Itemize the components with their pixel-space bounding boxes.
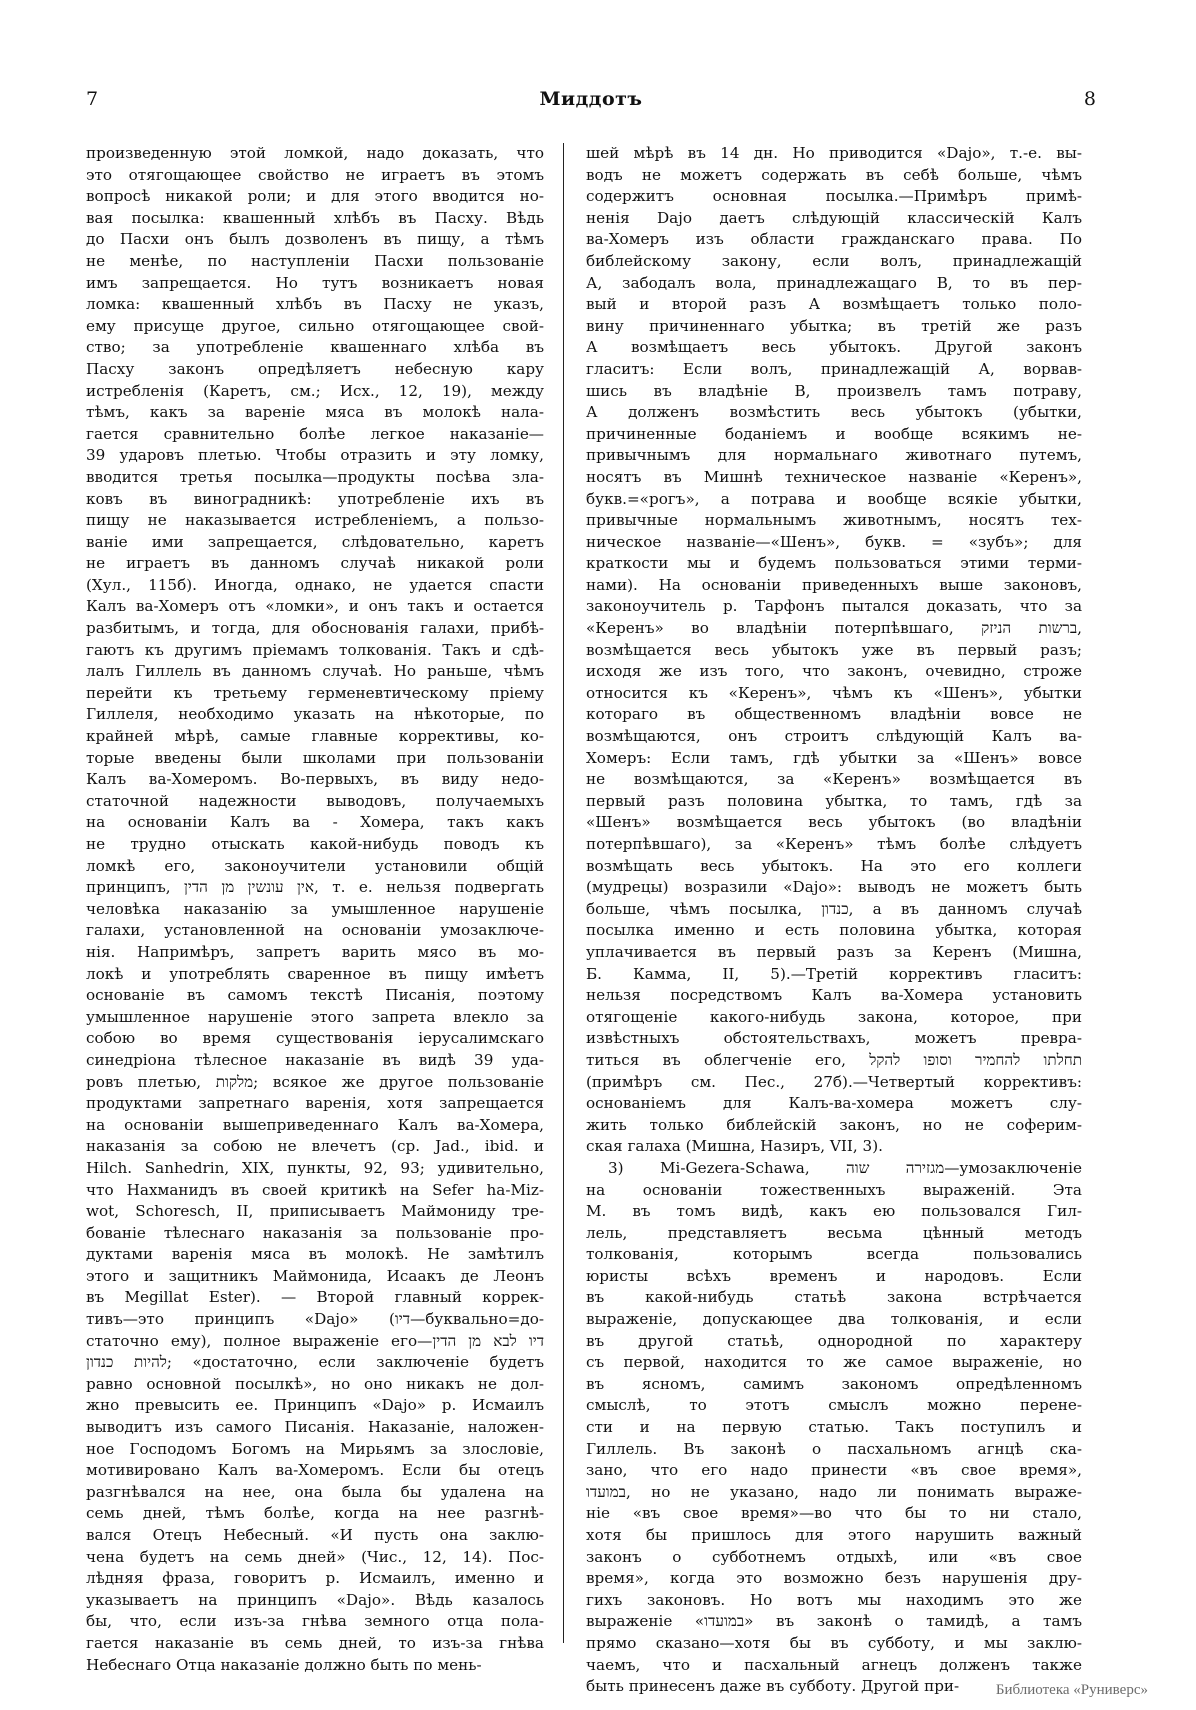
text-line: носятъ въ Мишнѣ техническое названіе «Ке… xyxy=(586,467,1082,489)
text-line: «Керенъ» во владѣніи потерпѣвшаго, ברשות… xyxy=(586,618,1082,640)
text-line: вину причиненнаго убытка; въ третій же р… xyxy=(586,316,1082,338)
text-line: крайней мѣрѣ, самые главные коррективы, … xyxy=(86,726,544,748)
text-line: зано, что его надо принести «въ свое вре… xyxy=(586,1460,1082,1482)
text-line: причиненные боданіемъ и вообще всякимъ н… xyxy=(586,424,1082,446)
text-line: котораго въ общественномъ владѣніи вовсе… xyxy=(586,704,1082,726)
text-line: перейти къ третьему герменевтическому пр… xyxy=(86,683,544,705)
text-line: лалъ Гиллель въ данномъ случаѣ. Но раньш… xyxy=(86,661,544,683)
text-line: гаютъ къ другимъ пріемамъ толкованія. Та… xyxy=(86,640,544,662)
text-line: относится къ «Керенъ», чѣмъ къ «Шенъ», у… xyxy=(586,683,1082,705)
text-line: ніе «въ свое время»—во что бы то ни стал… xyxy=(586,1503,1082,1525)
text-line: возмѣщать весь убытокъ. На это его колле… xyxy=(586,856,1082,878)
text-line: потерпѣвшаго), за «Керенъ» тѣмъ болѣе сл… xyxy=(586,834,1082,856)
text-line: не трудно отыскать какой-нибудь поводъ к… xyxy=(86,834,544,856)
text-line: первый разъ половина убытка, то тамъ, гд… xyxy=(586,791,1082,813)
text-line: М. въ томъ видѣ, какъ ею пользовался Гил… xyxy=(586,1201,1082,1223)
text-line: (мудрецы) возразили «Dajo»: выводъ не мо… xyxy=(586,877,1082,899)
text-line: посылка именно и есть половина убытка, к… xyxy=(586,920,1082,942)
text-line: выраженіе «במועדו» въ законѣ о тамидѣ, а… xyxy=(586,1611,1082,1633)
text-line: ломка: квашенный хлѣбъ въ Пасху не указъ… xyxy=(86,294,544,316)
text-line: гласитъ: Если волъ, принадлежащій А, вор… xyxy=(586,359,1082,381)
text-line: (примѣръ см. Пес., 27б).—Четвертый корре… xyxy=(586,1072,1082,1094)
text-line: ровъ плетью, מלקות; всякое же другое пол… xyxy=(86,1072,544,1094)
text-line: Гиллеля, необходимо указать на нѣкоторые… xyxy=(86,704,544,726)
text-line: ное Господомъ Богомъ на Мирьямъ за злосл… xyxy=(86,1439,544,1461)
text-line: ненія Dajo даетъ слѣдующій классическій … xyxy=(586,208,1082,230)
text-line: букв.=«рогъ», а потрава и вообще всякіе … xyxy=(586,489,1082,511)
text-line: прямо сказано—хотя бы въ субботу, и мы з… xyxy=(586,1633,1082,1655)
text-line: содержитъ основная посылка.—Примѣръ прим… xyxy=(586,186,1082,208)
text-line: выводитъ изъ самого Писанія. Наказаніе, … xyxy=(86,1417,544,1439)
text-line: отягощеніе какого-нибудь закона, которое… xyxy=(586,1007,1082,1029)
text-line: тивъ—это принципъ «Dajo» (דיו—буквально=… xyxy=(86,1309,544,1331)
text-line: ство; за употребленіе квашеннаго хлѣба в… xyxy=(86,337,544,359)
text-line: локѣ и употреблять сваренное въ пищу имѣ… xyxy=(86,964,544,986)
text-line: вался Отецъ Небесный. «И пусть она заклю… xyxy=(86,1525,544,1547)
text-line: время», когда это возможно безъ нарушені… xyxy=(586,1568,1082,1590)
text-line: въ Megillat Ester). — Второй главный кор… xyxy=(86,1287,544,1309)
text-line: ваніе ими запрещается, слѣдовательно, ка… xyxy=(86,532,544,554)
text-line: титься въ облегченіе его, תחלתו להחמיר ו… xyxy=(586,1050,1082,1072)
text-line: להיות כנדון; «достаточно, если заключені… xyxy=(86,1352,544,1374)
text-line: Калъ ва-Хомеромъ. Во-первыхъ, въ виду не… xyxy=(86,769,544,791)
text-line: статочно ему), полное выраженіе его—דיו … xyxy=(86,1331,544,1353)
text-line: больше, чѣмъ посылка, כנדון, а въ данном… xyxy=(586,899,1082,921)
text-line: мотивировано Калъ ва-Хомеромъ. Если бы о… xyxy=(86,1460,544,1482)
text-line: произведенную этой ломкой, надо доказать… xyxy=(86,143,544,165)
text-line: разгнѣвался на нее, она была бы удалена … xyxy=(86,1482,544,1504)
text-line: разбитымъ, и тогда, для обоснованія гала… xyxy=(86,618,544,640)
text-line: А, забодалъ вола, принадлежащаго В, то в… xyxy=(586,273,1082,295)
text-line: синедріона тѣлесное наказаніе въ видѣ 39… xyxy=(86,1050,544,1072)
text-line: принципъ, אין עונשין מן הדין, т. е. нель… xyxy=(86,877,544,899)
text-line: нія. Напримѣръ, запретъ варить мясо въ м… xyxy=(86,942,544,964)
text-line: Калъ ва-Хомеръ отъ «ломки», и онъ такъ и… xyxy=(86,596,544,618)
text-line: шей мѣрѣ въ 14 дн. Но приводится «Dajo»,… xyxy=(586,143,1082,165)
text-line: исходя же изъ того, что законъ, очевидно… xyxy=(586,661,1082,683)
text-line: не играетъ въ данномъ случаѣ никакой рол… xyxy=(86,553,544,575)
text-line: вая посылка: квашенный хлѣбъ въ Пасху. В… xyxy=(86,208,544,230)
text-line: извѣстныхъ обстоятельствахъ, можетъ прев… xyxy=(586,1028,1082,1050)
text-line: истребленія (Каретъ, см.; Исх., 12, 19),… xyxy=(86,381,544,403)
text-line: не менѣе, по наступленіи Пасхи пользован… xyxy=(86,251,544,273)
text-line: на основаніи тожественныхъ выраженій. Эт… xyxy=(586,1180,1082,1202)
text-line: привычнымъ для нормальнаго животнаго пут… xyxy=(586,445,1082,467)
text-line: выраженіе, допускающее два толкованія, и… xyxy=(586,1309,1082,1331)
text-line: тѣмъ, какъ за вареніе мяса въ молокѣ нал… xyxy=(86,402,544,424)
text-line: продуктами запретнаго варенія, хотя запр… xyxy=(86,1093,544,1115)
page-number-right: 8 xyxy=(1084,88,1096,110)
text-line: основаніе въ самомъ текстѣ Писанія, поэт… xyxy=(86,985,544,1007)
text-line: дуктами варенія мяса въ молокѣ. Не замѣт… xyxy=(86,1244,544,1266)
text-line: гается наказаніе въ семь дней, то изъ-за… xyxy=(86,1633,544,1655)
text-line: толкованія, которымъ всегда пользовались xyxy=(586,1244,1082,1266)
text-line: Б. Камма, II, 5).—Третій коррективъ глас… xyxy=(586,964,1082,986)
text-line: жить только библейскій законъ, но не соф… xyxy=(586,1115,1082,1137)
text-line: на основаніи Калъ ва - Хомера, такъ какъ xyxy=(86,812,544,834)
text-line: чаемъ, что и пасхальный агнецъ долженъ т… xyxy=(586,1655,1082,1677)
text-line: Пасху законъ опредѣляетъ небесную кару xyxy=(86,359,544,381)
text-line: съ первой, находится то же самое выражен… xyxy=(586,1352,1082,1374)
text-line: А возмѣщаетъ весь убытокъ. Другой законъ xyxy=(586,337,1082,359)
text-line: шись въ владѣніе В, произвелъ тамъ потра… xyxy=(586,381,1082,403)
text-line: статочной надежности выводовъ, получаемы… xyxy=(86,791,544,813)
text-line: въ ясномъ, самимъ закономъ опредѣленномъ xyxy=(586,1374,1082,1396)
library-watermark: Библиотека «Руниверс» xyxy=(996,1682,1148,1699)
page-header: 7 Миддотъ 8 xyxy=(86,88,1096,118)
text-line: наказанія за собою не влечетъ (ср. Jad.,… xyxy=(86,1136,544,1158)
column-divider xyxy=(563,143,564,1643)
text-line: сти и на первую статью. Такъ поступилъ и xyxy=(586,1417,1082,1439)
text-line: А долженъ возмѣстить весь убытокъ (убытк… xyxy=(586,402,1082,424)
text-line: привычные нормальнымъ животнымъ, носятъ … xyxy=(586,510,1082,532)
text-line: собою во время существованія іерусалимск… xyxy=(86,1028,544,1050)
text-line: нами). На основаніи приведенныхъ выше за… xyxy=(586,575,1082,597)
text-line: водъ не можетъ содержать въ себѣ больше,… xyxy=(586,165,1082,187)
text-line: краткости мы и будемъ пользоваться этими… xyxy=(586,553,1082,575)
text-line: ломкѣ его, законоучители установили общі… xyxy=(86,856,544,878)
text-line: умышленное нарушеніе этого запрета влекл… xyxy=(86,1007,544,1029)
text-line: ковъ въ виноградникѣ: употребленіе ихъ в… xyxy=(86,489,544,511)
text-line: на основаніи вышеприведеннаго Калъ ва-Хо… xyxy=(86,1115,544,1137)
text-line: wot, Schoresch, II, приписываетъ Маймони… xyxy=(86,1201,544,1223)
text-line: равно основной посылкѣ», но оно никакъ н… xyxy=(86,1374,544,1396)
text-line: ва-Хомеръ изъ области гражданскаго права… xyxy=(586,229,1082,251)
text-line: въ какой-нибудь статьѣ закона встрѣчаетс… xyxy=(586,1287,1082,1309)
text-column-right: шей мѣрѣ въ 14 дн. Но приводится «Dajo»,… xyxy=(586,143,1082,1698)
text-line: возмѣщается весь убытокъ уже въ первый р… xyxy=(586,640,1082,662)
text-line: галахи, установленной на основаніи умоза… xyxy=(86,920,544,942)
text-line: имъ запрещается. Но тутъ возникаетъ нова… xyxy=(86,273,544,295)
text-line: 3) Mi-Gezera-Schawa, מגזירה שוה—умозаклю… xyxy=(586,1158,1082,1180)
text-line: не возмѣщаются, за «Керенъ» возмѣщается … xyxy=(586,769,1082,791)
text-line: ему присуще другое, сильно отягощающее с… xyxy=(86,316,544,338)
text-line: «Шенъ» возмѣщается весь убытокъ (во влад… xyxy=(586,812,1082,834)
text-line: законоучитель р. Тарфонъ пытался доказат… xyxy=(586,596,1082,618)
text-line: Гиллель. Въ законѣ о пасхальномъ агнцѣ с… xyxy=(586,1439,1082,1461)
text-line: возмѣщаются, онъ строитъ слѣдующій Калъ … xyxy=(586,726,1082,748)
text-line: ская галаха (Мишна, Назиръ, VII, 3). xyxy=(586,1136,1082,1158)
text-line: хотя бы пришлось для этого нарушить важн… xyxy=(586,1525,1082,1547)
text-line: юристы всѣхъ временъ и народовъ. Если xyxy=(586,1266,1082,1288)
text-column-left: произведенную этой ломкой, надо доказать… xyxy=(86,143,544,1676)
text-line: жно превысить ее. Принципъ «Dajo» р. Исм… xyxy=(86,1395,544,1417)
text-line: это отягощающее свойство не играетъ въ э… xyxy=(86,165,544,187)
text-line: 39 ударовъ плетью. Чтобы отразить и эту … xyxy=(86,445,544,467)
text-line: вопросѣ никакой роли; и для этого вводит… xyxy=(86,186,544,208)
text-line: Хомеръ: Если тамъ, гдѣ убытки за «Шенъ» … xyxy=(586,748,1082,770)
text-line: бованіе тѣлеснаго наказанія за пользован… xyxy=(86,1223,544,1245)
text-line: торые введены были школами при пользован… xyxy=(86,748,544,770)
text-line: чена будетъ на семь дней» (Чис., 12, 14)… xyxy=(86,1547,544,1569)
text-line: библейскому закону, если волъ, принадлеж… xyxy=(586,251,1082,273)
text-line: нельзя посредствомъ Калъ ва-Хомера устан… xyxy=(586,985,1082,1007)
text-line: Небеснаго Отца наказаніе должно быть по … xyxy=(86,1655,544,1677)
text-line: основаніемъ для Калъ-ва-хомера можетъ сл… xyxy=(586,1093,1082,1115)
text-line: указываетъ на принципъ «Dajo». Вѣдь каза… xyxy=(86,1590,544,1612)
text-line: Hilch. Sanhedrin, XIX, пункты, 92, 93; у… xyxy=(86,1158,544,1180)
text-line: бы, что, если изъ-за гнѣва земного отца … xyxy=(86,1611,544,1633)
text-line: гается сравнительно болѣе легкое наказан… xyxy=(86,424,544,446)
text-line: въ другой статьѣ, однородной по характер… xyxy=(586,1331,1082,1353)
text-line: до Пасхи онъ былъ дозволенъ въ пищу, а т… xyxy=(86,229,544,251)
text-line: вый и второй разъ А возмѣщаетъ только по… xyxy=(586,294,1082,316)
text-line: законъ о субботнемъ отдыхѣ, или «въ свое xyxy=(586,1547,1082,1569)
text-line: смыслѣ, то этотъ смыслъ можно перене- xyxy=(586,1395,1082,1417)
text-line: этого и защитникъ Маймонида, Исаакъ де Л… xyxy=(86,1266,544,1288)
text-line: ническое названіе—«Шенъ», букв. = «зубъ»… xyxy=(586,532,1082,554)
running-title: Миддотъ xyxy=(86,88,1096,110)
text-line: вводится третья посылка—продукты посѣва … xyxy=(86,467,544,489)
text-line: человѣка наказанію за умышленное нарушен… xyxy=(86,899,544,921)
text-line: гихъ законовъ. Но вотъ мы находимъ это ж… xyxy=(586,1590,1082,1612)
text-line: лель, представляетъ весьма цѣнный методъ xyxy=(586,1223,1082,1245)
text-line: что Нахманидъ въ своей критикѣ на Sefer … xyxy=(86,1180,544,1202)
text-line: пищу не наказывается истребленіемъ, а по… xyxy=(86,510,544,532)
text-line: семь дней, тѣмъ болѣе, когда на нее разг… xyxy=(86,1503,544,1525)
text-line: лѣдняя фраза, говоритъ р. Исмаилъ, именн… xyxy=(86,1568,544,1590)
text-line: במועדו, но не указано, надо ли понимать … xyxy=(586,1482,1082,1504)
text-line: (Хул., 115б). Иногда, однако, не удается… xyxy=(86,575,544,597)
text-line: уплачивается въ первый разъ за Керенъ (М… xyxy=(586,942,1082,964)
